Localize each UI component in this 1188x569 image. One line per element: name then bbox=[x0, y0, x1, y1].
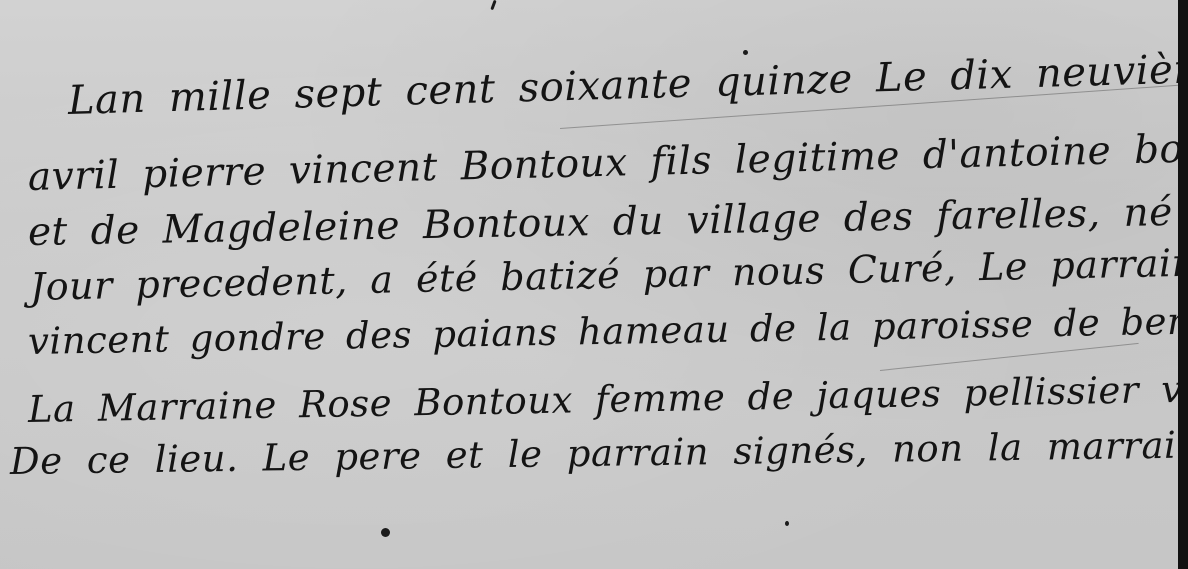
ink-spot bbox=[381, 528, 390, 537]
record-line-7: De ce lieu. Le pere et le parrain signés… bbox=[10, 423, 1188, 483]
record-line-6: La Marraine Rose Bontoux femme de jaques… bbox=[28, 366, 1188, 431]
record-line-1: Lan mille sept cent soixante quinze Le d… bbox=[67, 45, 1188, 124]
page-edge-border bbox=[1178, 0, 1188, 569]
ink-stroke-top bbox=[490, 0, 496, 10]
record-line-2: avril pierre vincent Bontoux fils legiti… bbox=[27, 124, 1188, 200]
ink-spot bbox=[743, 50, 748, 55]
ink-spot bbox=[785, 521, 789, 526]
record-line-5: vincent gondre des paians hameau de la p… bbox=[28, 298, 1188, 363]
manuscript-page: Lan mille sept cent soixante quinze Le d… bbox=[0, 0, 1188, 569]
